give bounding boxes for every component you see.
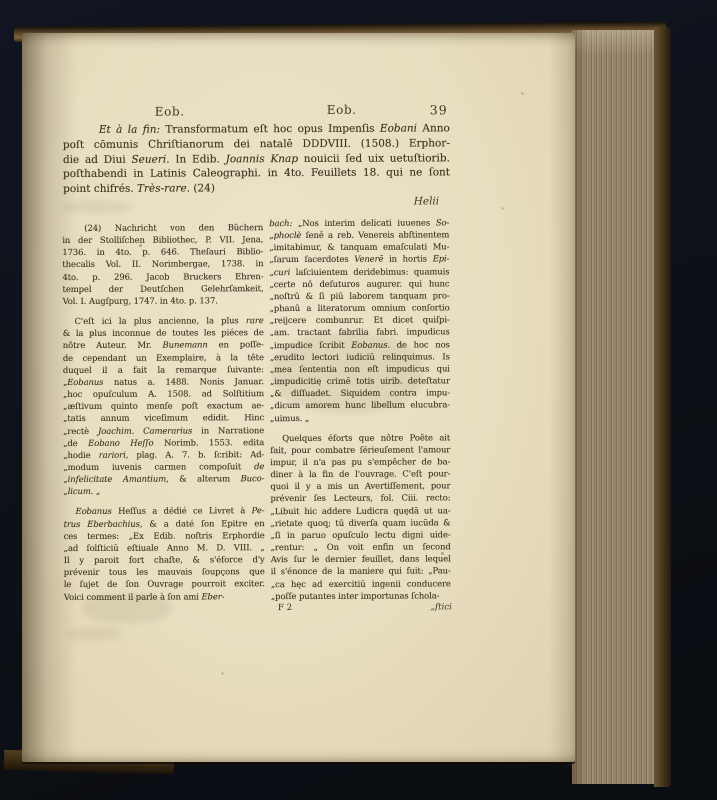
text-line: ces termes: „Ex Edib. noſtris Erphordie	[64, 529, 265, 542]
italic-run: Eobano Heſſo	[88, 437, 153, 447]
running-head-right: Eob.	[327, 103, 357, 117]
text-line: „am. tractant fabrilia fabri. impudicus	[270, 326, 450, 339]
text-run: „modum iuvenis carmen compoſuit	[63, 461, 254, 472]
italic-run: Eobanus	[67, 377, 103, 387]
text-line: & la plus inconnue de toutes les piéces …	[63, 326, 264, 339]
catchword-bottom: „ſtici	[430, 602, 451, 612]
text-run: „de	[63, 438, 88, 448]
text-run: & la plus inconnue de toutes les piéces …	[63, 327, 264, 338]
text-run: „impudice ſcribit	[270, 339, 352, 349]
text-line: „ca hęc ad exercitiū ingenii conducere	[271, 577, 451, 590]
italic-run: Et à la fin:	[99, 124, 160, 136]
text-run: natus a. 1488. Nonis Januar.	[103, 376, 264, 387]
text-run: „Nos interim delicati iuuenes	[292, 217, 436, 228]
catchword-helii: Helii	[63, 195, 439, 209]
text-run: „reijcere combunrur. Et dicet quiſpi-	[270, 315, 450, 326]
text-run: „ad ſolſticiū eſtiuale Anno M. D. VIII. …	[64, 542, 265, 553]
italic-run: Venerē	[354, 254, 383, 264]
text-line: „tatis annum viceſimum edidit. Hinc	[63, 411, 264, 424]
text-run: prévenir tous les mauvais ſoupçons que	[64, 566, 265, 577]
text-run: „impudicitię crimē totis uirib. deteſtat…	[270, 375, 450, 386]
text-run: . de hoc nos	[387, 339, 449, 349]
text-line: „modum iuvenis carmen compoſuit de	[63, 460, 264, 473]
text-run: „noſtrū & ſi piū laborem tanquam pro-	[270, 290, 450, 301]
text-run: poſt cōmunis Chriſtianorum dei natalē DD…	[63, 137, 450, 151]
text-run: 4to. p. 296. Jacob Bruckers Ehren-	[62, 271, 263, 282]
text-line: „noſtrū & ſi piū laborem tanquam pro-	[270, 289, 450, 302]
text-line: diner à la fin de l'ouvrage. C'eſt pour-	[270, 467, 450, 480]
text-run: in hortis	[383, 254, 432, 264]
text-line: thecalis Vol. II. Norimbergae, 1738. in	[62, 258, 263, 271]
text-line: „impudicitię crimē totis uirib. deteſtat…	[270, 374, 450, 387]
italic-run: Epi-	[433, 254, 450, 264]
italic-run: Eber-	[201, 591, 224, 601]
text-line: „rietate quoq; tū diverſa quam iucūda &	[271, 516, 451, 529]
text-line: 4to. p. 296. Jacob Bruckers Ehren-	[62, 270, 263, 283]
book-page: Eob. Eob. 39 Et à la fin: Transformatum …	[22, 33, 575, 762]
book-cover-edge	[654, 27, 671, 787]
text-run: diner à la fin de l'ouvrage. C'eſt pour-	[270, 468, 450, 479]
text-line: tempel der Deutſchen Gelehrſamkeit,	[62, 282, 263, 295]
text-run: point chifrés.	[63, 183, 137, 195]
text-line: impur, il n'a pas pu s'empêcher de ba-	[270, 455, 450, 468]
text-run: Il y paroit fort chaſte, & s'éforce d'y	[64, 554, 265, 565]
text-run: „& diſſuadet. Siquidem contra impu-	[270, 388, 450, 399]
italic-run: Seueri	[131, 153, 166, 165]
text-line: „ad ſolſticiū eſtiuale Anno M. D. VIII. …	[64, 541, 265, 554]
text-run: . In Edib.	[166, 153, 225, 165]
text-run: laſciuientem deridebimus: quamuis	[290, 266, 449, 277]
text-line: „phoclè ſenē a reb. Venereis abſtinentem	[269, 228, 449, 241]
text-line: duquel il a fait la remarque ſuivante:	[63, 363, 264, 376]
text-run: die ad Diui	[63, 153, 132, 165]
text-line: „rentur: „ On voit enfin un ſecond	[271, 540, 451, 553]
text-run: „uimus. „	[270, 412, 309, 422]
text-run: 1736. in 4to. p. 646. Theſauri Biblio-	[62, 246, 263, 257]
scanned-book-photo: Eob. Eob. 39 Et à la fin: Transformatum …	[0, 0, 717, 800]
text-run: quoi il y a mis un Avertiſſement, pour	[270, 481, 450, 492]
italic-run: Eobani	[380, 122, 417, 134]
text-line: point chifrés. Très-rare. (24)	[63, 181, 450, 197]
page-content: Eob. Eob. 39 Et à la fin: Transformatum …	[20, 32, 576, 763]
text-line: trus Eberbachius, & a daté ſon Epitre en	[64, 517, 265, 530]
text-run: il s'énonce de la maniere qui ſuit: „Pau…	[271, 566, 451, 577]
text-line: C'eſt ici la plus ancienne, la plus rare	[63, 314, 264, 327]
book-fore-edge	[572, 30, 656, 784]
italic-run: licum.	[68, 486, 94, 496]
text-run: duquel il a fait la remarque ſuivante:	[63, 364, 264, 375]
text-run: (24) Nachricht von den Büchern	[84, 222, 263, 233]
text-line: „licum. „	[63, 484, 264, 497]
text-run: „rentur: „ On voit enfin un ſecond	[271, 541, 451, 552]
text-run: „certe nō deſuturos augurer. qui hunc	[269, 278, 449, 289]
paragraph: (24) Nachricht von den Büchernin der Sto…	[62, 221, 263, 307]
text-run: „erudito lectori iudiciū relinquimus. Is	[270, 351, 450, 362]
text-run: Vol. I. Augſpurg, 1747. in 4to. p. 137.	[63, 295, 218, 306]
text-run: „ſi in paruo opuſculo lectu digni uide-	[271, 529, 451, 540]
paragraph: bach: „Nos interim delicati iuuenes So-„…	[269, 216, 450, 423]
text-run: „am. tractant fabrilia fabri. impudicus	[270, 327, 450, 338]
italic-run: de	[254, 461, 264, 471]
text-run: impur, il n'a pas pu s'empêcher de ba-	[270, 456, 450, 467]
text-line: die ad Diui Seueri. In Edib. Joannis Kna…	[63, 151, 450, 167]
italic-run: Pe-	[252, 506, 265, 516]
text-run: de cependant un Exemplaire, à la tête	[63, 352, 264, 363]
text-line: „ſarum ſacerdotes Venerē in hortis Epi-	[269, 253, 449, 266]
text-run: „hoc opuſculum A. 1508. ad Solſtitium	[63, 388, 264, 399]
paragraph: Et à la fin: Transformatum eſt hoc opus …	[63, 121, 450, 197]
text-line: quoi il y a mis un Avertiſſement, pour	[270, 480, 450, 493]
text-line: Il y paroit fort chaſte, & s'éforce d'y	[64, 553, 265, 566]
text-line: „mea ſententia non eſt impudicus qui	[270, 362, 450, 375]
text-run: „hodie	[63, 450, 99, 460]
text-line: Voici comment il parle à ſon ami Eber-	[64, 590, 265, 603]
italic-run: Très-rare	[137, 183, 187, 195]
text-run: . (24)	[187, 183, 215, 195]
text-run: in der Stolliſchen Bibliothec, P. VII. J…	[62, 234, 263, 245]
italic-run: So-	[436, 217, 449, 227]
paragraph: C'eſt ici la plus ancienne, la plus rare…	[63, 314, 265, 497]
text-line: Vol. I. Augſpurg, 1747. in 4to. p. 137.	[63, 294, 264, 307]
text-run: , & alterum	[166, 473, 240, 483]
text-run: „mea ſententia non eſt impudicus qui	[270, 363, 450, 374]
italic-run: infelicitate Amantium	[68, 474, 167, 484]
italic-run: Joannis Knap	[226, 153, 298, 165]
text-line: „Libuit hic addere Ludicra quędā ut ua-	[270, 504, 450, 517]
text-run: C'eſt ici la plus ancienne, la plus	[75, 315, 246, 326]
text-run: „rectè	[63, 425, 98, 435]
italic-run: Bunemann	[163, 340, 208, 350]
text-line: „infelicitate Amantium, & alterum Buco-	[63, 472, 264, 485]
text-line: „dicum amorem hunc libellum elucubra-	[270, 399, 450, 412]
paragraph: Quelques éforts que nôtre Poête aitfait,…	[270, 431, 451, 602]
text-run: tempel der Deutſchen Gelehrſamkeit,	[63, 283, 264, 294]
text-run: ſenē a reb. Venereis abſtinentem	[301, 229, 449, 240]
italic-run: Eobanus	[351, 339, 387, 349]
intro-paragraph: Et à la fin: Transformatum eſt hoc opus …	[63, 121, 450, 197]
text-line: „de Eobano Heſſo Norimb. 1553. edita	[63, 436, 264, 449]
text-run: prévenir ſes Lecteurs, fol. Ciii. recto:	[270, 493, 450, 504]
text-run: Avis ſur le dernier feuillet, dans leque…	[271, 554, 451, 565]
text-run: „poſſe putantes inter importunas ſchola-	[271, 590, 440, 601]
running-head-left: Eob.	[155, 104, 185, 118]
text-run: Voici comment il parle à ſon ami	[64, 591, 202, 602]
text-line: fait, pour combatre ſérieuſement l'amour	[270, 443, 450, 456]
text-line: „æſtivum quinto menſe poſt exactum ae-	[63, 399, 264, 412]
italic-run: Buco-	[241, 473, 265, 483]
text-line: „hodie rariori, plag. A. 7. b. ſcribit: …	[63, 448, 264, 461]
right-column: bach: „Nos interim delicati iuuenes So-„…	[269, 216, 451, 602]
text-run: „phanū a literatorum omnium conſortio	[270, 302, 450, 313]
italic-run: phoclè	[274, 230, 302, 240]
text-run: „rietate quoq; tū diverſa quam iucūda &	[271, 517, 451, 528]
text-run: „imitabimur, & tanquam emaſculati Mu-	[269, 242, 449, 253]
text-run: „ca hęc ad exercitiū ingenii conducere	[271, 578, 451, 589]
text-line: il s'énonce de la maniere qui ſuit: „Pau…	[271, 565, 451, 578]
text-line: „curi laſciuientem deridebimus: quamuis	[269, 265, 449, 278]
text-run: Quelques éforts que nôtre Poête ait	[282, 432, 450, 443]
text-line: de cependant un Exemplaire, à la tête	[63, 351, 264, 364]
text-line: „Eobanus natus a. 1488. Nonis Januar.	[63, 375, 264, 388]
text-line: „certe nō deſuturos augurer. qui hunc	[269, 277, 449, 290]
text-line: „uimus. „	[270, 411, 450, 424]
text-line: „imitabimur, & tanquam emaſculati Mu-	[269, 241, 449, 254]
italic-run: Joachim. Camerarius	[98, 425, 192, 435]
text-line: „poſſe putantes inter importunas ſchola-	[271, 589, 451, 602]
italic-run: trus Eberbachius	[64, 518, 140, 528]
text-run: „Libuit hic addere Ludicra quędā ut ua-	[270, 505, 450, 516]
text-line: „ſi in paruo opuſculo lectu digni uide-	[271, 528, 451, 541]
text-line: „reijcere combunrur. Et dicet quiſpi-	[270, 314, 450, 327]
text-line: „rectè Joachim. Camerarius in Narratione	[63, 424, 264, 437]
text-line: Quelques éforts que nôtre Poête ait	[270, 431, 450, 444]
text-line: 1736. in 4to. p. 646. Theſauri Biblio-	[62, 245, 263, 258]
text-run: fait, pour combatre ſérieuſement l'amour	[270, 444, 450, 455]
text-line: „phanū a literatorum omnium conſortio	[270, 301, 450, 314]
text-run: ces termes: „Ex Edib. noſtris Erphordie	[64, 530, 265, 541]
text-run: „	[93, 486, 100, 496]
signature-mark: F 2	[278, 603, 292, 613]
text-line: poſthabendi in Latinis Caleographi. in 4…	[63, 166, 450, 182]
italic-run: rariori	[99, 450, 126, 460]
italic-run: rare	[246, 315, 264, 325]
text-run: poſthabendi in Latinis Caleographi. in 4…	[63, 167, 450, 181]
italic-run: Eobanus	[75, 506, 111, 516]
text-run: thecalis Vol. II. Norimbergae, 1738. in	[62, 259, 263, 270]
text-run: Anno	[417, 122, 450, 134]
text-run: nouicii ſed uix uetuſtiorib.	[298, 152, 450, 165]
text-line: Eobanus Heſſus a dédié ce Livret à Pe-	[63, 505, 264, 518]
text-line: poſt cōmunis Chriſtianorum dei natalē DD…	[63, 136, 450, 152]
text-run: „dicum amorem hunc libellum elucubra-	[270, 400, 450, 411]
text-line: „hoc opuſculum A. 1508. ad Solſtitium	[63, 387, 264, 400]
text-run: le ſujet de ſon Ouvrage pourroit exciter…	[64, 579, 265, 590]
text-run: Norimb. 1553. edita	[153, 437, 264, 447]
text-line: nôtre Auteur. Mr. Bunemann en poſſe-	[63, 339, 264, 352]
text-run: Heſſus a dédié ce Livret à	[112, 506, 252, 517]
text-line: „impudice ſcribit Eobanus. de hoc nos	[270, 338, 450, 351]
signature-line: F 2 „ſtici	[278, 602, 452, 613]
text-line: prévenir ſes Lecteurs, fol. Ciii. recto:	[270, 492, 450, 505]
text-line: „& diſſuadet. Siquidem contra impu-	[270, 387, 450, 400]
page-number: 39	[430, 102, 448, 117]
text-line: le ſujet de ſon Ouvrage pourroit exciter…	[64, 578, 265, 591]
text-run: „æſtivum quinto menſe poſt exactum ae-	[63, 400, 264, 411]
paragraph: Eobanus Heſſus a dédié ce Livret à Pe-tr…	[63, 505, 264, 603]
text-line: „erudito lectori iudiciū relinquimus. Is	[270, 350, 450, 363]
text-run: in Narratione	[192, 425, 264, 435]
italic-run: bach:	[269, 218, 292, 228]
text-run: Transformatum eſt hoc opus Impenſis	[160, 123, 380, 136]
text-run: , & a daté ſon Epitre en	[140, 518, 265, 529]
text-line: bach: „Nos interim delicati iuuenes So-	[269, 216, 449, 229]
text-run: „ſarum ſacerdotes	[269, 254, 354, 264]
left-column: (24) Nachricht von den Büchernin der Sto…	[62, 221, 265, 603]
text-run: nôtre Auteur. Mr.	[63, 340, 163, 350]
text-run: en poſſe-	[208, 340, 264, 350]
text-line: (24) Nachricht von den Büchern	[62, 221, 263, 234]
text-run: , plag. A. 7. b. ſcribit: Ad-	[126, 449, 265, 460]
text-line: Avis ſur le dernier feuillet, dans leque…	[271, 553, 451, 566]
text-run: „tatis annum viceſimum edidit. Hinc	[63, 412, 264, 423]
text-line: prévenir tous les mauvais ſoupçons que	[64, 565, 265, 578]
italic-run: curi	[274, 267, 291, 277]
text-line: in der Stolliſchen Bibliothec, P. VII. J…	[62, 233, 263, 246]
text-line: Et à la fin: Transformatum eſt hoc opus …	[63, 121, 450, 137]
